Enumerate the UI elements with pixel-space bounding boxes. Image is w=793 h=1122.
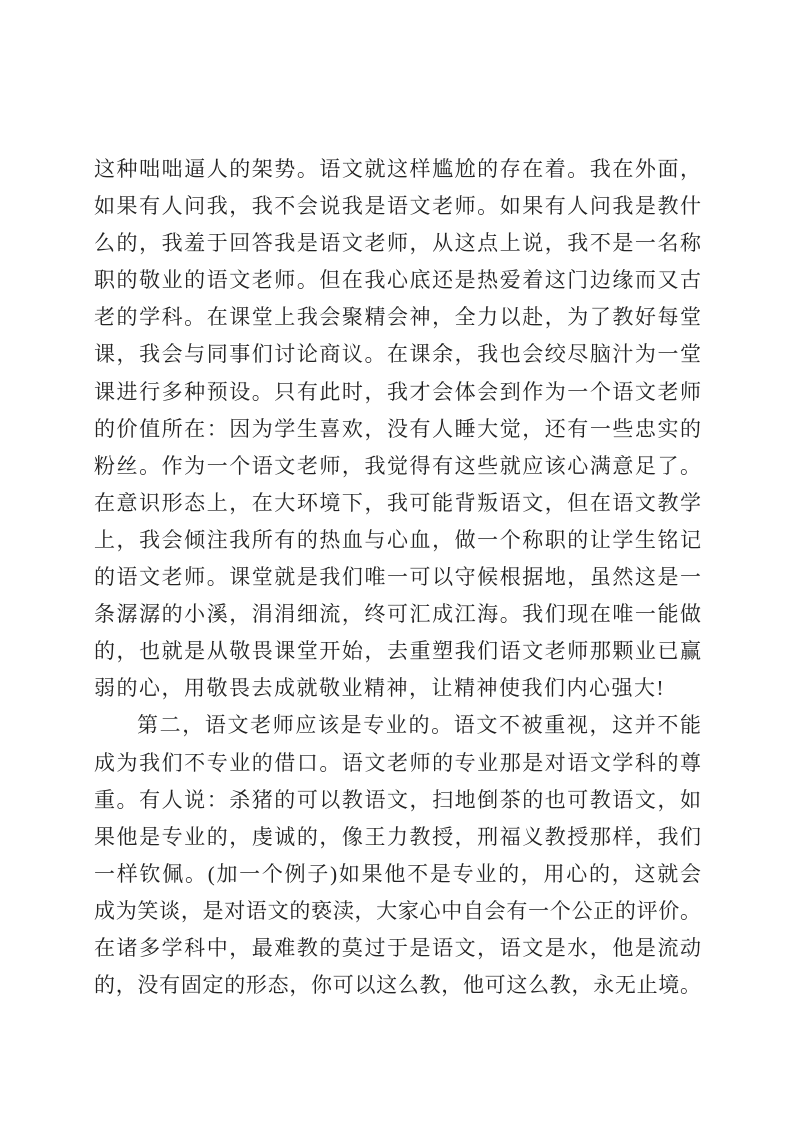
text-line: 果他是专业的，虔诚的，像王力教授，刑福义教授那样，我们 bbox=[94, 819, 701, 856]
text-line: 么的，我羞于回答我是语文老师，从这点上说，我不是一名称 bbox=[94, 225, 701, 262]
text-line: 第二，语文老师应该是专业的。语文不被重视，这并不能 bbox=[94, 707, 701, 744]
text-line: 在诸多学科中，最难教的莫过于是语文，语文是水，他是流动 bbox=[94, 930, 701, 967]
text-line: 这种咄咄逼人的架势。语文就这样尴尬的存在着。我在外面， bbox=[94, 151, 701, 188]
text-line: 如果有人问我，我不会说我是语文老师。如果有人问我是教什 bbox=[94, 188, 701, 225]
text-line: 成为我们不专业的借口。语文老师的专业那是对语文学科的尊 bbox=[94, 745, 701, 782]
text-block: 这种咄咄逼人的架势。语文就这样尴尬的存在着。我在外面，如果有人问我，我不会说我是… bbox=[94, 151, 701, 1004]
text-line: 上，我会倾注我所有的热血与心血，做一个称职的让学生铭记 bbox=[94, 522, 701, 559]
text-line: 课，我会与同事们讨论商议。在课余，我也会绞尽脑汁为一堂 bbox=[94, 336, 701, 373]
text-line: 课进行多种预设。只有此时，我才会体会到作为一个语文老师 bbox=[94, 374, 701, 411]
text-line: 弱的心，用敬畏去成就敬业精神，让精神使我们内心强大! bbox=[94, 670, 701, 707]
text-line: 的语文老师。课堂就是我们唯一可以守候根据地，虽然这是一 bbox=[94, 559, 701, 596]
text-line: 一样钦佩。(加一个例子)如果他不是专业的，用心的，这就会 bbox=[94, 856, 701, 893]
text-line: 成为笑谈，是对语文的亵渎，大家心中自会有一个公正的评价。 bbox=[94, 893, 701, 930]
document-page: 这种咄咄逼人的架势。语文就这样尴尬的存在着。我在外面，如果有人问我，我不会说我是… bbox=[0, 0, 793, 1122]
text-line: 重。有人说：杀猪的可以教语文，扫地倒茶的也可教语文，如 bbox=[94, 782, 701, 819]
text-line: 粉丝。作为一个语文老师，我觉得有这些就应该心满意足了。 bbox=[94, 448, 701, 485]
text-line: 老的学科。在课堂上我会聚精会神，全力以赴，为了教好每堂 bbox=[94, 299, 701, 336]
text-line: 职的敬业的语文老师。但在我心底还是热爱着这门边缘而又古 bbox=[94, 262, 701, 299]
text-line: 的，也就是从敬畏课堂开始，去重塑我们语文老师那颗业已赢 bbox=[94, 633, 701, 670]
text-line: 的价值所在：因为学生喜欢，没有人睡大觉，还有一些忠实的 bbox=[94, 411, 701, 448]
text-line: 的，没有固定的形态，你可以这么教，他可这么教，永无止境。 bbox=[94, 967, 701, 1004]
text-line: 在意识形态上，在大环境下，我可能背叛语文，但在语文教学 bbox=[94, 485, 701, 522]
text-line: 条潺潺的小溪，涓涓细流，终可汇成江海。我们现在唯一能做 bbox=[94, 596, 701, 633]
